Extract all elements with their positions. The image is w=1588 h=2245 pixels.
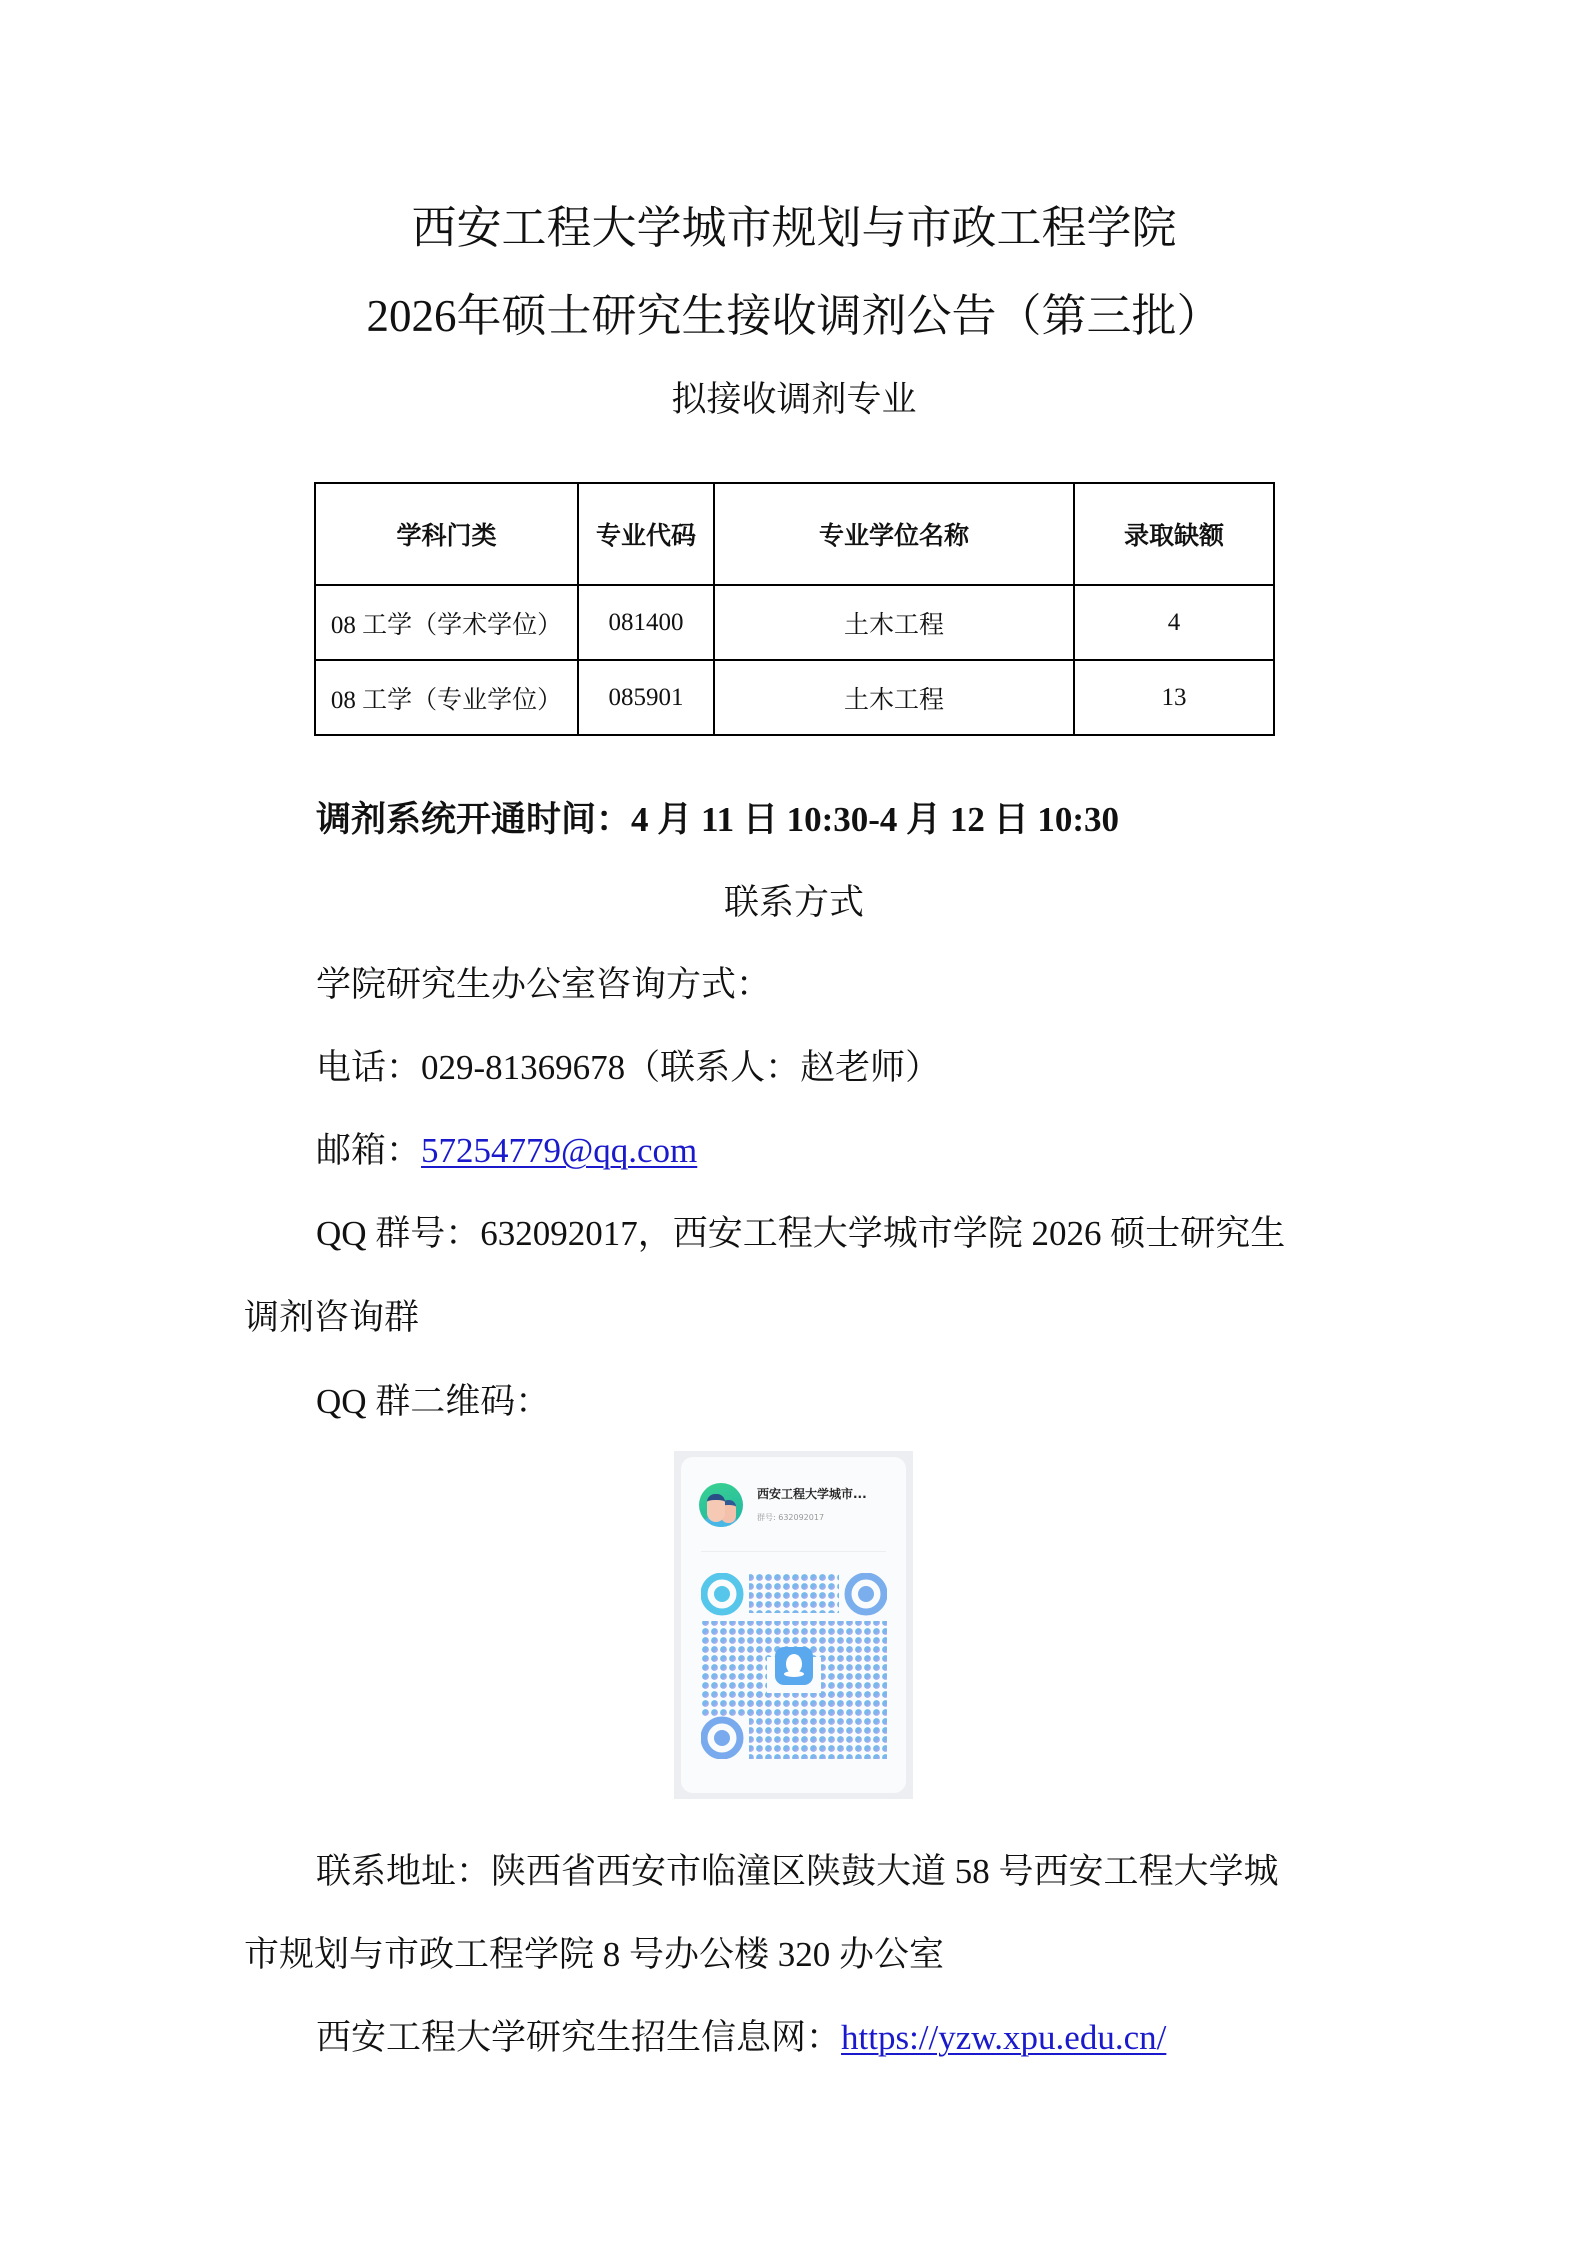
table-header-row: 学科门类 专业代码 专业学位名称 录取缺额: [315, 483, 1274, 585]
section-heading-contact: 联系方式: [0, 878, 1588, 928]
section-heading-majors: 拟接收调剂专业: [0, 375, 1588, 425]
office-label: 学院研究生办公室咨询方式：: [316, 960, 771, 1010]
system-open-time: 调剂系统开通时间：4 月 11 日 10:30-4 月 12 日 10:30: [316, 795, 1119, 845]
cell-code: 081400: [578, 585, 714, 660]
cell-name: 土木工程: [714, 660, 1074, 735]
address-line1: 联系地址：陕西省西安市临潼区陕鼓大道 58 号西安工程大学城: [316, 1847, 1279, 1897]
table-row: 08 工学（专业学位） 085901 土木工程 13: [315, 660, 1274, 735]
qr-code-icon: [701, 1573, 887, 1759]
column-header-name: 专业学位名称: [714, 483, 1074, 585]
qq-group-line2: 调剂咨询群: [244, 1293, 419, 1343]
phone-line: 电话：029-81369678（联系人：赵老师）: [316, 1043, 940, 1093]
page-title-line2: 2026年硕士研究生接收调剂公告（第三批）: [0, 286, 1588, 346]
website-link[interactable]: https://yzw.xpu.edu.cn/: [841, 2018, 1166, 2057]
divider: [701, 1551, 886, 1552]
phone-value: 029-81369678（联系人：赵老师）: [421, 1048, 940, 1087]
qq-group-line1: QQ 群号：632092017，西安工程大学城市学院 2026 硕士研究生: [316, 1209, 1285, 1259]
qr-card: 西安工程大学城市... 群号: 632092017: [681, 1457, 906, 1793]
group-avatar-icon: [699, 1483, 743, 1527]
column-header-vacancies: 录取缺额: [1074, 483, 1274, 585]
cell-vacancies: 4: [1074, 585, 1274, 660]
email-label: 邮箱：: [316, 1131, 421, 1170]
majors-table: 学科门类 专业代码 专业学位名称 录取缺额 08 工学（学术学位） 081400…: [314, 482, 1275, 736]
column-header-category: 学科门类: [315, 483, 578, 585]
cell-category: 08 工学（学术学位）: [315, 585, 578, 660]
email-line: 邮箱：57254779@qq.com: [316, 1126, 697, 1176]
phone-label: 电话：: [316, 1048, 421, 1087]
cell-vacancies: 13: [1074, 660, 1274, 735]
cell-code: 085901: [578, 660, 714, 735]
qr-group-id: 群号: 632092017: [757, 1512, 824, 1523]
website-label: 西安工程大学研究生招生信息网：: [316, 2018, 841, 2057]
address-line2: 市规划与市政工程学院 8 号办公楼 320 办公室: [244, 1930, 944, 1980]
cell-category: 08 工学（专业学位）: [315, 660, 578, 735]
page-title-line1: 西安工程大学城市规划与市政工程学院: [0, 198, 1588, 258]
email-link[interactable]: 57254779@qq.com: [421, 1131, 697, 1170]
qr-group-name: 西安工程大学城市...: [757, 1485, 867, 1502]
table-row: 08 工学（学术学位） 081400 土木工程 4: [315, 585, 1274, 660]
qq-group-qr-image: 西安工程大学城市... 群号: 632092017: [674, 1451, 913, 1799]
column-header-code: 专业代码: [578, 483, 714, 585]
cell-name: 土木工程: [714, 585, 1074, 660]
qr-label: QQ 群二维码：: [316, 1377, 550, 1427]
website-line: 西安工程大学研究生招生信息网：https://yzw.xpu.edu.cn/: [316, 2013, 1166, 2063]
